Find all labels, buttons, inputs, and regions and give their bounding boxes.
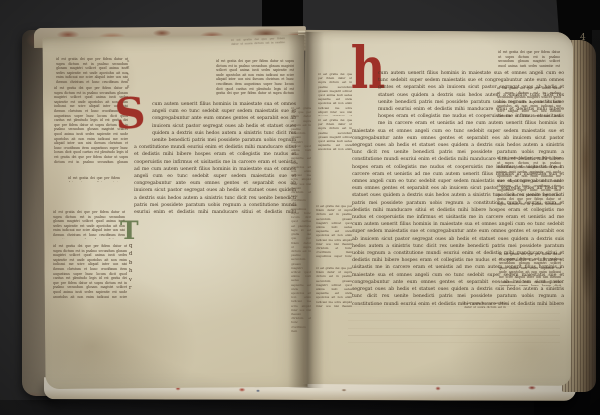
ruling-lines xyxy=(348,306,560,350)
right-outer-margin-gloss-2: id est gratia dei que per fidem datur ut… xyxy=(497,156,561,206)
verse-letter-column: q d b h v r xyxy=(129,242,138,302)
left-verse-list: cum autem uenerit filius hominis in maie… xyxy=(139,242,299,296)
catchword: id est gratia dei que per fidem datur ut… xyxy=(462,301,508,308)
manuscript-photo: id est gratia dei que per fidem datur ut… xyxy=(0,0,600,415)
left-margin-gloss-1: id est gratia dei que per fidem datur ut… xyxy=(56,57,128,83)
right-inner-margin-gloss-4: id est gratia dei que per fidem datur ut… xyxy=(316,266,352,308)
right-inner-margin-gloss-2: id est gratia dei que per fidem datur ut… xyxy=(318,118,352,150)
left-margin-gloss-3: id est gratia dei que per fidem datur ut… xyxy=(53,210,125,239)
initial-spacer-right xyxy=(352,70,378,124)
left-verse-beside-initial: cum autem uenerit filius hominis in maie… xyxy=(152,224,298,240)
initial-spacer-left xyxy=(134,101,152,139)
folio-number: 4 xyxy=(580,33,592,45)
left-gutter-gloss-column: id est gratia dei que per fidem datur ut… xyxy=(291,106,311,334)
green-initial: T xyxy=(120,219,139,243)
right-outer-margin-gloss-1: id est gratia dei que per fidem datur ut… xyxy=(497,86,561,118)
right-inner-margin-gloss-1: id est gratia dei que per fidem datur ut… xyxy=(318,72,352,116)
right-header-gloss: id est gratia dei que per fidem datur ut… xyxy=(498,50,560,67)
left-prose-block: cum autem uenerit filius hominis in maie… xyxy=(134,101,296,213)
left-margin-gloss-line: id est gratia dei que per fidem datur ut… xyxy=(68,176,120,182)
right-outer-margin-gloss-3: id est gratia dei que per fidem datur ut… xyxy=(499,252,561,286)
left-margin-gloss-4: id est gratia dei que per fidem datur ut… xyxy=(53,244,127,298)
left-inline-gloss-block: id est gratia dei que per fidem datur ut… xyxy=(216,59,294,96)
background-bottom xyxy=(0,400,600,415)
right-inner-margin-gloss-3: id est gratia dei que per fidem datur ut… xyxy=(316,204,352,260)
